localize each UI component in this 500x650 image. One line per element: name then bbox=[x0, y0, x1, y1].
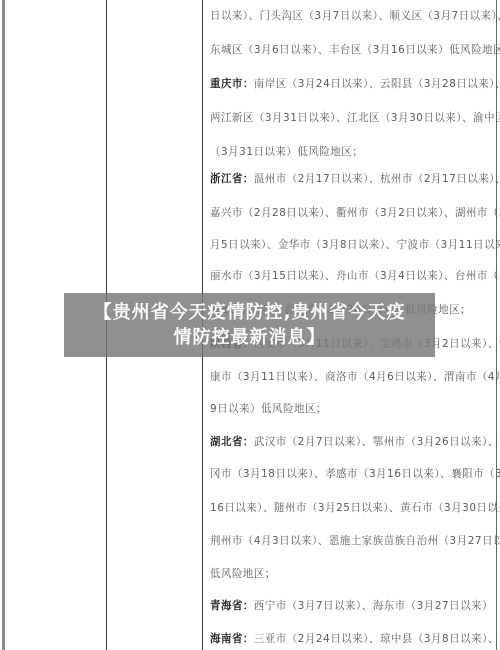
document-text-line: 冈市（3月18日以来）、孝感市（3月16日以来）、襄阳市（3月 bbox=[210, 466, 500, 481]
line-text: 康市（3月11日以来）、商洛市（4月6日以来）、渭南市（4月 bbox=[210, 371, 500, 383]
line-text: 9日以来）低风险地区； bbox=[210, 403, 327, 415]
document-text-line: 低风险地区； bbox=[210, 566, 276, 581]
document-text-line: 重庆市：南岸区（3月24日以来）、云阳县（3月28日以来）、 bbox=[210, 76, 500, 91]
table-right-border bbox=[496, 0, 497, 650]
article-title-line-2: 情防控最新消息】 bbox=[174, 325, 326, 350]
line-text: （3月31日以来）低风险地区； bbox=[210, 146, 363, 158]
table-left-border bbox=[2, 0, 5, 650]
document-text-line: （3月31日以来）低风险地区； bbox=[210, 144, 363, 159]
line-text: 荆州市（4月3日以来）、恩施土家族苗族自治州（3月27日以来） bbox=[210, 535, 500, 547]
document-text-line: 两江新区（3月31日以来）、江北区（3月30日以来）、渝中区 bbox=[210, 110, 500, 125]
document-text-line: 荆州市（4月3日以来）、恩施土家族苗族自治州（3月27日以来） bbox=[210, 533, 500, 548]
line-text: 南岸区（3月24日以来）、云阳县（3月28日以来）、 bbox=[254, 78, 500, 90]
province-label: 海南省： bbox=[210, 633, 254, 645]
line-text: 月5日以来）、金华市（3月8日以来）、宁波市（3月11日以来）、 bbox=[210, 239, 500, 251]
line-text: 东城区（3月6日以来）、丰台区（3月16日以来）低风险地区； bbox=[210, 44, 500, 56]
document-text-line: 海南省：三亚市（2月24日以来）、琼中县（3月8日以来）、万 bbox=[210, 631, 500, 646]
document-text-line: 16日以来）、随州市（3月25日以来）、黄石市（3月30日以来）、 bbox=[210, 500, 500, 515]
document-text-line: 浙江省：温州市（2月17日以来）、杭州市（2月17日以来）、 bbox=[210, 171, 500, 186]
province-label: 重庆市： bbox=[210, 78, 254, 90]
line-text: 日以来）、门头沟区（3月7日以来）、顺义区（3月7日以来）、 bbox=[210, 10, 500, 22]
line-text: 嘉兴市（2月28日以来）、衢州市（3月2日以来）、湖州市（3 bbox=[210, 207, 500, 219]
document-text-line: 月5日以来）、金华市（3月8日以来）、宁波市（3月11日以来）、 bbox=[210, 237, 500, 252]
document-text-line: 9日以来）低风险地区； bbox=[210, 401, 327, 416]
document-text-line: 东城区（3月6日以来）、丰台区（3月16日以来）低风险地区； bbox=[210, 42, 500, 57]
line-text: 三亚市（2月24日以来）、琼中县（3月8日以来）、万 bbox=[254, 633, 500, 645]
province-label: 青海省： bbox=[210, 600, 254, 612]
document-text-line: 日以来）、门头沟区（3月7日以来）、顺义区（3月7日以来）、 bbox=[210, 8, 500, 23]
document-text-line: 湖北省：武汉市（2月7日以来）、鄂州市（3月26日以来）、黄 bbox=[210, 434, 500, 449]
province-label: 湖北省： bbox=[210, 436, 254, 448]
document-text-line: 青海省：西宁市（3月7日以来）、海东市（3月27日以来） bbox=[210, 598, 493, 613]
line-text: 冈市（3月18日以来）、孝感市（3月16日以来）、襄阳市（3月 bbox=[210, 468, 500, 480]
line-text: 丽水市（3月15日以来）、舟山市（3月4日以来）、台州市（3 bbox=[210, 270, 500, 282]
line-text: 温州市（2月17日以来）、杭州市（2月17日以来）、 bbox=[254, 173, 500, 185]
document-text-line: 嘉兴市（2月28日以来）、衢州市（3月2日以来）、湖州市（3 bbox=[210, 205, 500, 220]
article-title-line-1: 【贵州省今天疫情防控,贵州省今天疫 bbox=[94, 300, 406, 325]
line-text: 低风险地区； bbox=[210, 568, 276, 580]
document-text-line: 丽水市（3月15日以来）、舟山市（3月4日以来）、台州市（3 bbox=[210, 268, 500, 283]
line-text: 西宁市（3月7日以来）、海东市（3月27日以来） bbox=[254, 600, 493, 612]
article-title-banner: 【贵州省今天疫情防控,贵州省今天疫 情防控最新消息】 bbox=[64, 293, 435, 357]
line-text: 两江新区（3月31日以来）、江北区（3月30日以来）、渝中区 bbox=[210, 112, 500, 124]
line-text: 16日以来）、随州市（3月25日以来）、黄石市（3月30日以来）、 bbox=[210, 502, 500, 514]
document-text-line: 康市（3月11日以来）、商洛市（4月6日以来）、渭南市（4月 bbox=[210, 369, 500, 384]
line-text: 武汉市（2月7日以来）、鄂州市（3月26日以来）、黄 bbox=[254, 436, 500, 448]
province-label: 浙江省： bbox=[210, 173, 254, 185]
